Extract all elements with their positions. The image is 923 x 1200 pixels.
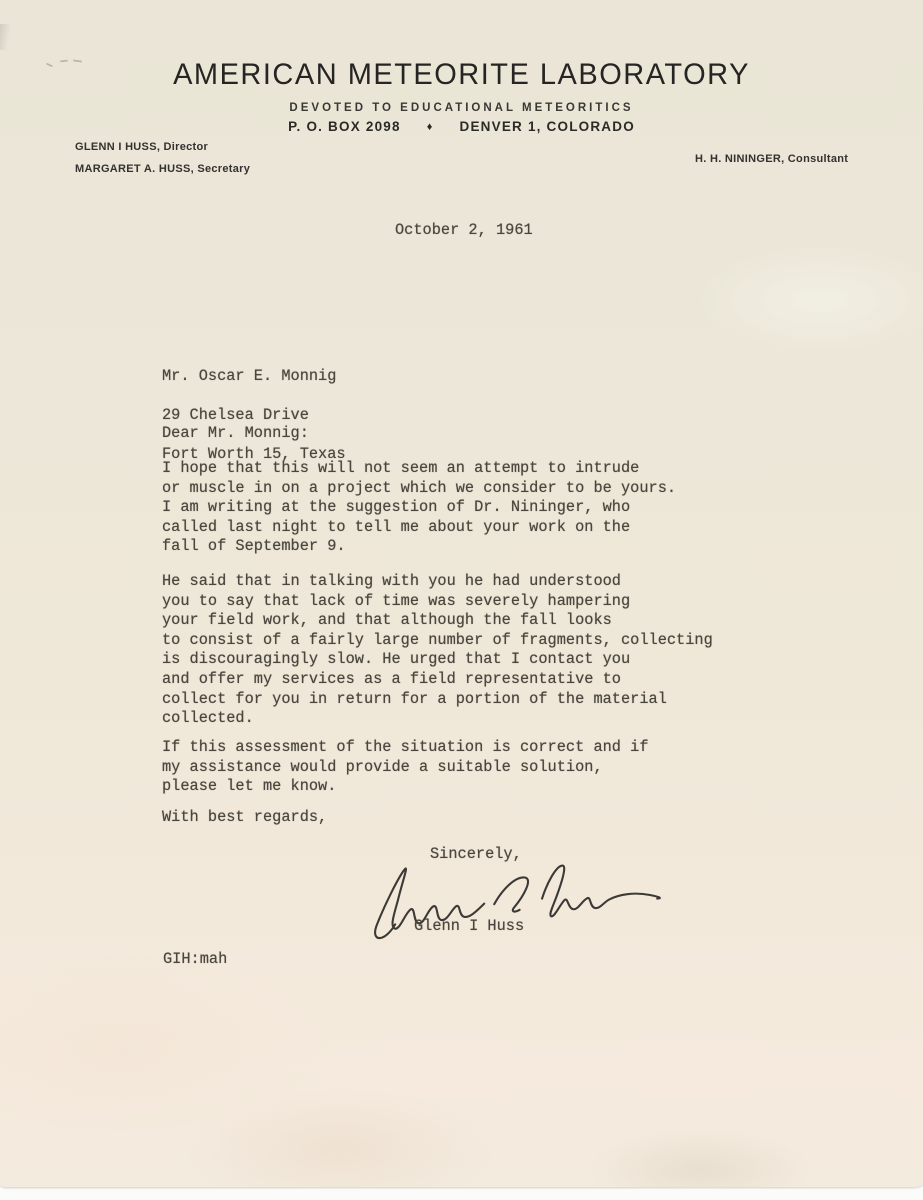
organization-name: AMERICAN METEORITE LABORATORY: [0, 59, 923, 93]
city-state: DENVER 1, COLORADO: [460, 119, 635, 134]
paper-corner-fold: [0, 24, 10, 50]
body-paragraph-1: I hope that this will not seem an attemp…: [162, 459, 676, 557]
salutation: Dear Mr. Monnig:: [162, 424, 309, 444]
diamond-separator-icon: ♦: [427, 121, 434, 133]
po-box: P. O. BOX 2098: [288, 119, 401, 134]
recipient-street: 29 Chelsea Drive: [162, 406, 346, 426]
organization-address: P. O. BOX 2098♦DENVER 1, COLORADO: [0, 119, 923, 134]
consultant-line: H. H. NININGER, Consultant: [695, 153, 848, 165]
date-line: October 2, 1961: [395, 221, 533, 241]
body-paragraph-3: If this assessment of the situation is c…: [162, 738, 649, 797]
typist-initials: GIH:mah: [163, 950, 227, 970]
body-paragraph-2: He said that in talking with you he had …: [162, 572, 713, 729]
director-line: GLENN I HUSS, Director: [75, 141, 208, 153]
secretary-line: MARGARET A. HUSS, Secretary: [75, 163, 250, 175]
signature-typed-name: Glenn I Huss: [414, 917, 524, 937]
organization-tagline: DEVOTED TO EDUCATIONAL METEORITICS: [0, 102, 923, 114]
letter-page: AMERICAN METEORITE LABORATORY DEVOTED TO…: [0, 0, 923, 1187]
regards-line: With best regards,: [162, 808, 327, 828]
recipient-name: Mr. Oscar E. Monnig: [162, 367, 346, 387]
